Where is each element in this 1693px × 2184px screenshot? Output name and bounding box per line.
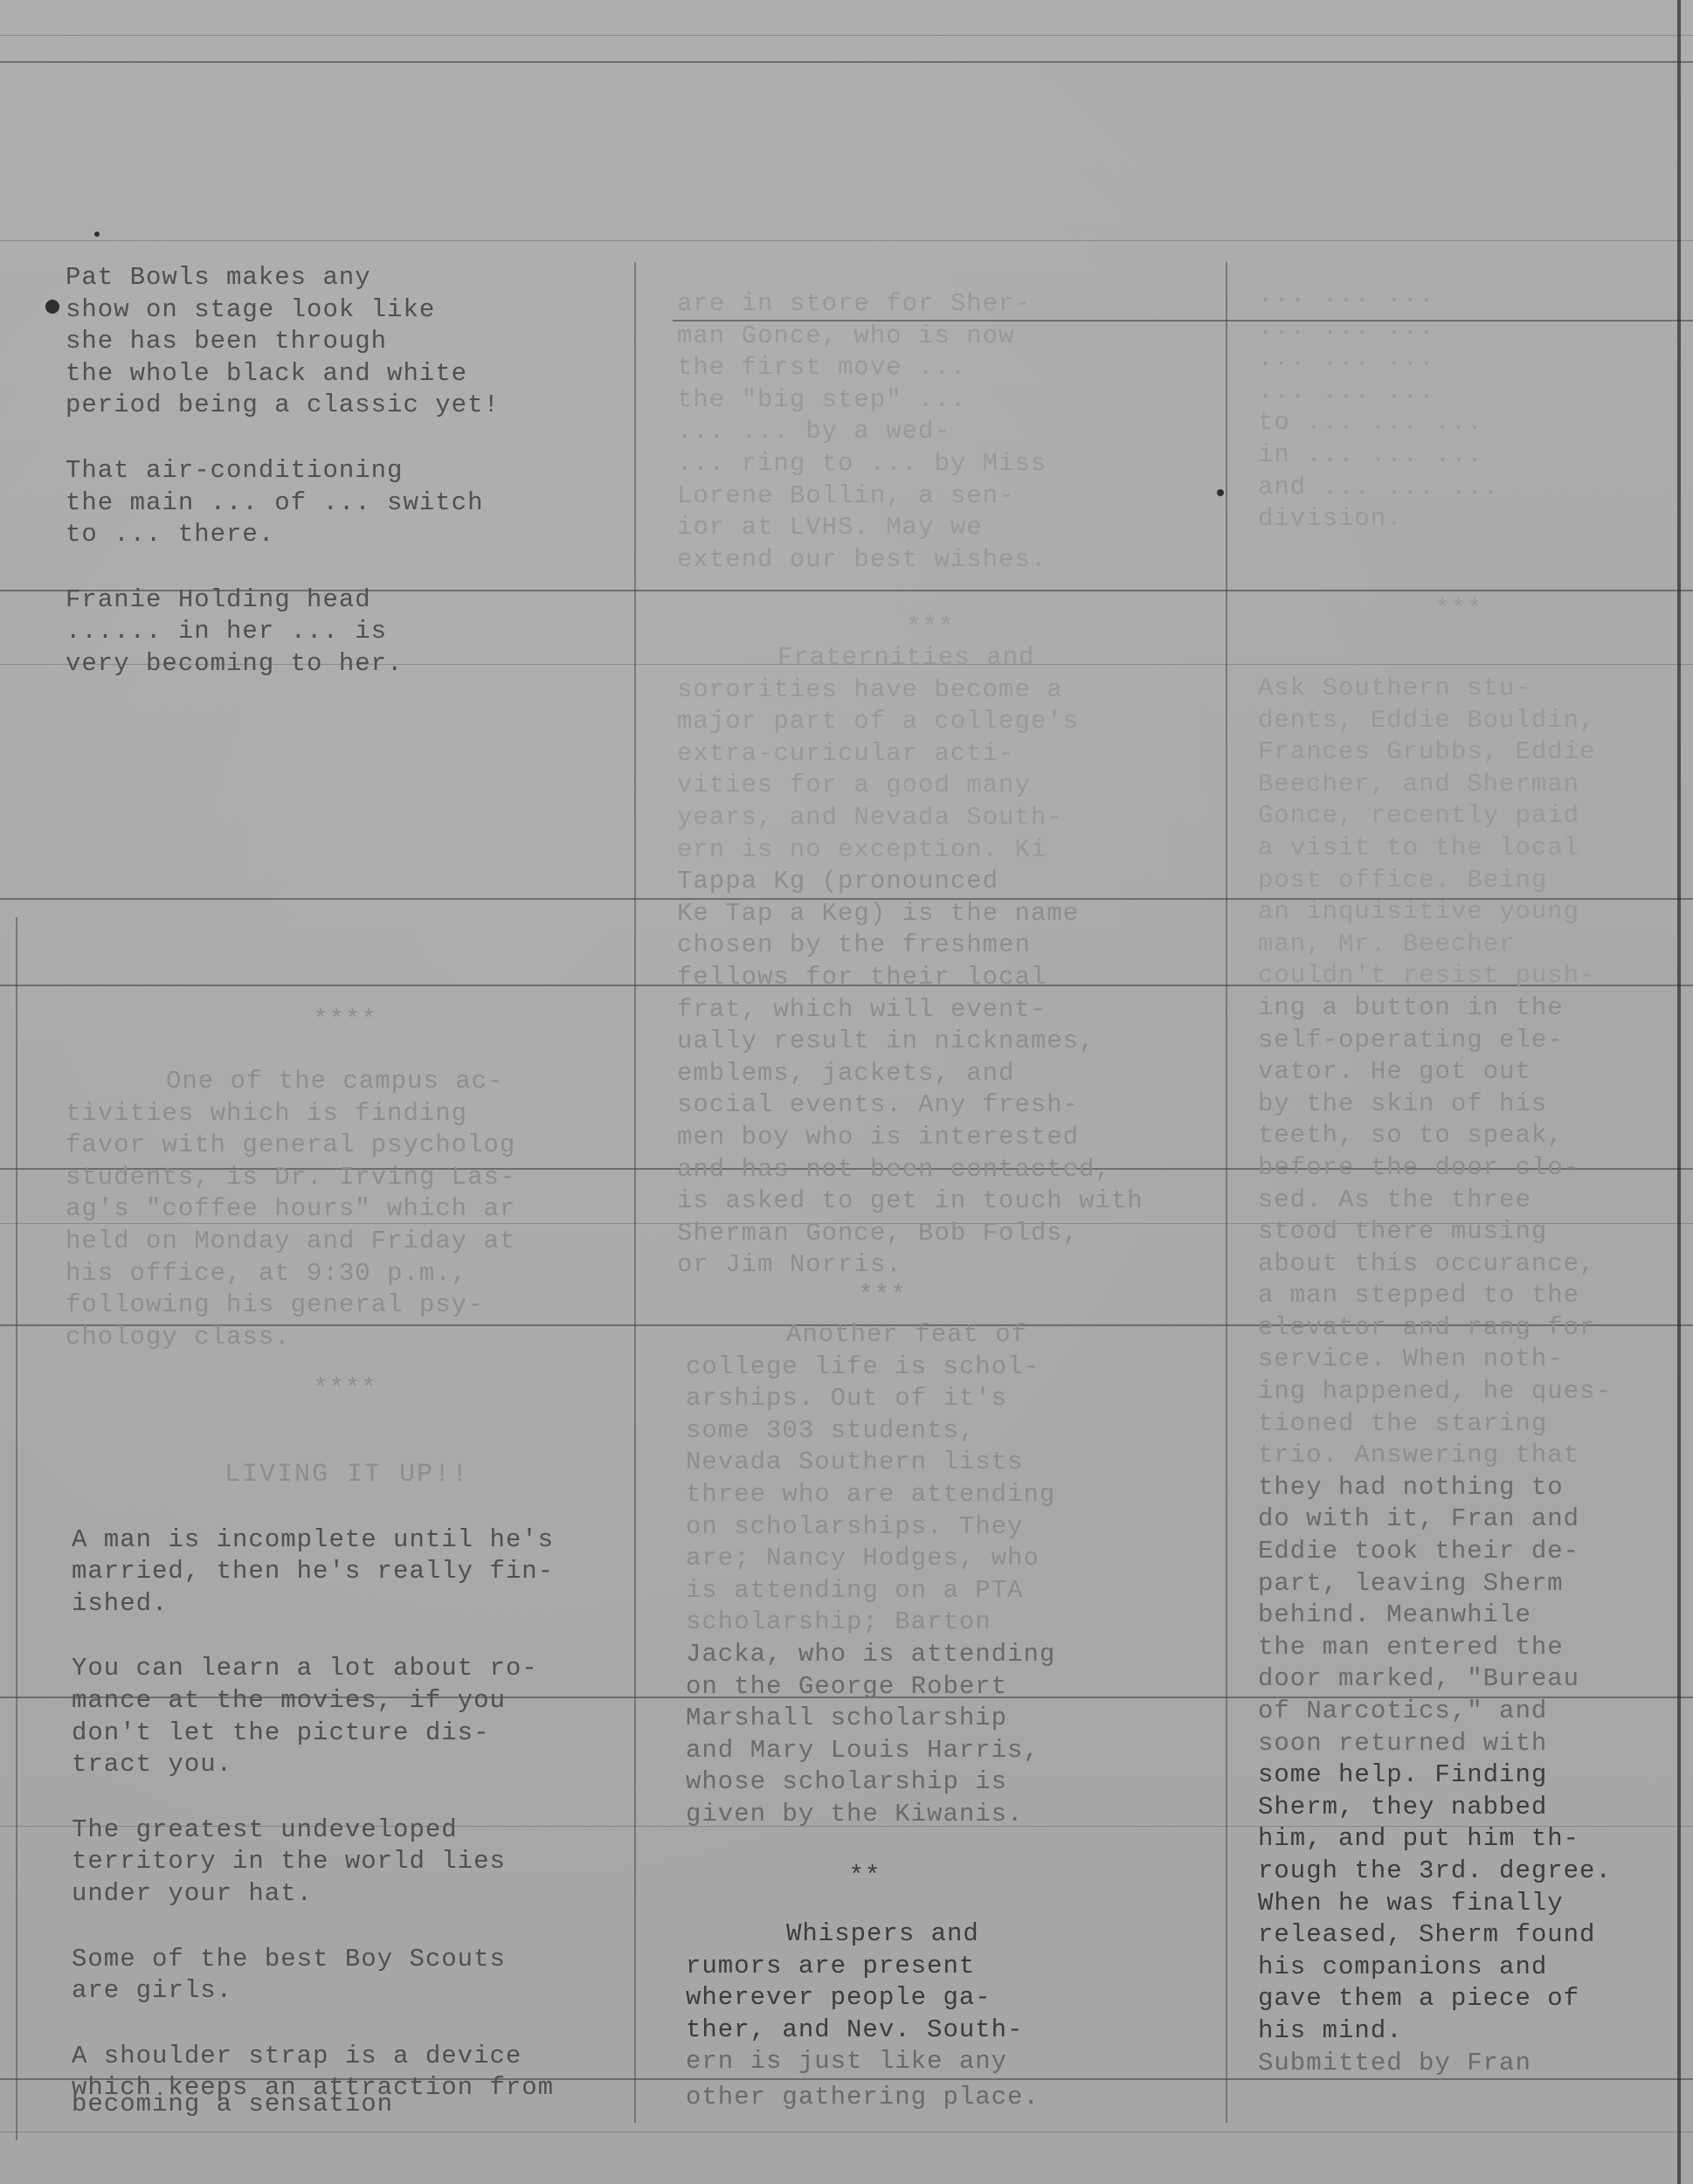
text-line: ... ... by a wed- (677, 416, 1219, 448)
text-line: college life is schol- (686, 1351, 1227, 1384)
text-line: elevator and rang for (1258, 1312, 1686, 1344)
text-line: emblems, jackets, and (677, 1058, 1236, 1090)
whispers-article: Whispers and rumors are present wherever… (686, 1918, 1227, 2114)
text-line: they had nothing to (1258, 1472, 1686, 1504)
text-line: an inquisitive young (1258, 896, 1686, 929)
text-line: under your hat. (72, 1878, 666, 1911)
coffee-hours-article: One of the campus ac- tivities which is … (66, 1066, 642, 1353)
text-line: his companions and (1258, 1952, 1686, 1984)
right-faint-article: ... ... ... ... ... ... ... ... ... ... … (1258, 280, 1677, 536)
text-line: You can learn a lot about ro- (72, 1653, 666, 1685)
text-line: ther, and Nev. South- (686, 2015, 1227, 2047)
text-line: on the George Robert (686, 1671, 1227, 1704)
text-line: Gonce, recently paid (1258, 800, 1686, 833)
text-line: When he was finally (1258, 1888, 1686, 1920)
text-line: she has been through (66, 326, 625, 358)
text-line: and has not been contacted, (677, 1154, 1236, 1186)
text-line: ern is just like any (686, 2046, 1227, 2078)
text-line: the whole black and white (66, 358, 625, 390)
text-line: behind. Meanwhile (1258, 1600, 1686, 1632)
text-line: sed. As the three (1258, 1185, 1686, 1217)
joke-2: You can learn a lot about ro- mance at t… (72, 1653, 666, 1780)
text-line: the first move ... (677, 352, 1219, 384)
text-line: to ... there. (66, 519, 625, 551)
text-line: held on Monday and Friday at (66, 1226, 642, 1258)
text-line: vities for a good many (677, 770, 1236, 802)
text-line: his office, at 9:30 p.m., (66, 1258, 642, 1290)
text-line: Lorene Bollin, a sen- (677, 480, 1219, 513)
text-line: social events. Any fresh- (677, 1089, 1236, 1122)
text-line: sororities have become a (677, 674, 1236, 707)
text-line: ...... in her ... is (66, 616, 625, 648)
text-line: tract you. (72, 1749, 666, 1781)
left-column: Pat Bowls makes any show on stage look l… (66, 262, 625, 681)
text-line: part, leaving Sherm (1258, 1568, 1686, 1600)
separator: *** (677, 612, 1184, 644)
text-line: show on stage look like (66, 294, 625, 327)
scan-line (0, 240, 1693, 241)
text-line: becoming a sensation (72, 2089, 666, 2121)
scan-line (0, 2132, 1693, 2132)
separator: **** (66, 1373, 625, 1406)
text-line: trio. Answering that (1258, 1440, 1686, 1472)
text-line: Marshall scholarship (686, 1703, 1227, 1735)
text-line: do with it, Fran and (1258, 1503, 1686, 1536)
text-line: some 303 students, (686, 1415, 1227, 1448)
text-line: some help. Finding (1258, 1759, 1686, 1792)
text-line: That air-conditioning (66, 455, 625, 487)
scan-line (0, 35, 1693, 36)
author-signature: Submitted by Fran (1258, 2048, 1686, 2080)
section-heading: LIVING IT UP!! (72, 1459, 666, 1491)
text-line: three who are attending (686, 1479, 1227, 1511)
text-line: The greatest undeveloped (72, 1814, 666, 1847)
separator: ** (677, 1861, 1184, 1893)
text-line: following his general psy- (66, 1289, 642, 1322)
text-line: rumors are present (686, 1951, 1227, 1983)
text-line: released, Sherm found (1258, 1919, 1686, 1952)
text-line: Sherman Gonce, Bob Folds, (677, 1218, 1236, 1250)
text-line: extend our best wishes. (677, 544, 1219, 577)
text-line: ing a button in the (1258, 992, 1686, 1025)
text-line: territory in the world lies (72, 1846, 666, 1878)
text-line: vator. He got out (1258, 1056, 1686, 1089)
text-line: years, and Nevada South- (677, 802, 1236, 834)
text-line: Jacka, who is attending (686, 1639, 1227, 1671)
middle-separator-3: ** (677, 1861, 1184, 1893)
text-line: about this occurance, (1258, 1248, 1686, 1281)
text-line: Tappa Kg (pronounced (677, 866, 1236, 898)
living-it-up-section: LIVING IT UP!! A man is incomplete until… (72, 1459, 666, 2121)
text-line: Nevada Southern lists (686, 1447, 1227, 1479)
text-line: man, Mr. Beecher (1258, 929, 1686, 961)
text-line: of Narcotics," and (1258, 1696, 1686, 1728)
text-line: dents, Eddie Bouldin, (1258, 705, 1686, 737)
text-line: is asked to get in touch with (677, 1185, 1236, 1218)
text-line: chology class. (66, 1322, 642, 1354)
text-line: Pat Bowls makes any (66, 262, 625, 294)
text-line: Some of the best Boy Scouts (72, 1944, 666, 1976)
middle-separator-2: *** (677, 1280, 1184, 1312)
text-line: extra-curicular acti- (677, 738, 1236, 771)
text-line: couldn't resist push- (1258, 960, 1686, 992)
text-line: Frances Grubbs, Eddie (1258, 736, 1686, 769)
left-faint-para-1: Pat Bowls makes any show on stage look l… (66, 262, 625, 422)
text-line: before the door clo- (1258, 1152, 1686, 1185)
text-line: are girls. (72, 1975, 666, 2008)
text-line: and ... ... ... (1258, 472, 1677, 504)
text-line: gave them a piece of (1258, 1983, 1686, 2015)
left-faint-para-3: Franie Holding head ...... in her ... is… (66, 584, 625, 681)
text-line: by the skin of his (1258, 1089, 1686, 1121)
ink-speck (45, 300, 59, 314)
text-line: favor with general psycholog (66, 1130, 642, 1162)
text-line: his mind. (1258, 2015, 1686, 2048)
separator: **** (66, 1005, 625, 1037)
text-line: Ke Tap a Keg) is the name (677, 898, 1236, 930)
text-line: scholarship; Barton (686, 1607, 1227, 1639)
text-line: on scholarships. They (686, 1511, 1227, 1544)
text-line: Sherm, they nabbed (1258, 1792, 1686, 1824)
left-separator-2: **** (66, 1373, 625, 1406)
text-line: ior at LVHS. May we (677, 512, 1219, 544)
text-line: ... ... ... (1258, 343, 1677, 376)
text-line: the "big step" ... (677, 384, 1219, 417)
text-line: wherever people ga- (686, 1982, 1227, 2015)
text-line: fellows for their local (677, 962, 1236, 994)
text-line: stood there musing (1258, 1216, 1686, 1248)
scanned-page: Pat Bowls makes any show on stage look l… (0, 0, 1693, 2184)
text-line: the man entered the (1258, 1632, 1686, 1664)
right-separator-1: *** (1258, 594, 1660, 626)
text-line: teeth, so to speak, (1258, 1120, 1686, 1152)
text-line: Fraternities and (677, 642, 1236, 674)
middle-separator-1: *** (677, 612, 1184, 644)
text-line: very becoming to her. (66, 648, 625, 681)
text-line: ually result in nicknames, (677, 1026, 1236, 1058)
text-line: ag's "coffee hours" which ar (66, 1193, 642, 1226)
text-line: men boy who is interested (677, 1122, 1236, 1154)
middle-faint-article: are in store for Sher- man Gonce, who is… (677, 288, 1219, 576)
text-line: post office. Being (1258, 865, 1686, 897)
ink-speck (94, 232, 100, 237)
joke-3: The greatest undeveloped territory in th… (72, 1814, 666, 1911)
text-line: self-operating ele- (1258, 1025, 1686, 1057)
text-line: arships. Out of it's (686, 1383, 1227, 1415)
separator: *** (1258, 594, 1660, 626)
scan-line (0, 61, 1693, 63)
scholarships-article: Another feat of college life is schol- a… (686, 1319, 1227, 1831)
text-line: ... ... ... (1258, 376, 1677, 408)
text-line: a visit to the local (1258, 833, 1686, 865)
fraternities-article: Fraternities and sororities have become … (677, 642, 1236, 1282)
text-line: Ask Southern stu- (1258, 673, 1686, 705)
text-line: A shoulder strap is a device (72, 2041, 666, 2073)
text-line: division. (1258, 503, 1677, 536)
text-line: man Gonce, who is now (677, 321, 1219, 353)
text-line: mance at the movies, if you (72, 1685, 666, 1717)
text-line: door marked, "Bureau (1258, 1663, 1686, 1696)
joke-4: Some of the best Boy Scouts are girls. (72, 1944, 666, 2008)
text-line: rough the 3rd. degree. (1258, 1856, 1686, 1888)
text-line: is attending on a PTA (686, 1575, 1227, 1607)
text-line: the main ... of ... switch (66, 487, 625, 520)
left-separator-1: **** (66, 1005, 625, 1037)
text-line: service. When noth- (1258, 1344, 1686, 1376)
text-line: A man is incomplete until he's (72, 1524, 666, 1557)
text-line: in ... ... ... (1258, 439, 1677, 472)
text-line: ing happened, he ques- (1258, 1376, 1686, 1408)
text-line: students, is Dr. Irving Las- (66, 1162, 642, 1194)
post-office-article: Ask Southern stu- dents, Eddie Bouldin, … (1258, 673, 1686, 2079)
text-line: a man stepped to the (1258, 1280, 1686, 1312)
joke-5: A shoulder strap is a device which keeps… (72, 2041, 666, 2121)
text-line: chosen by the freshmen (677, 930, 1236, 962)
text-line: married, then he's really fin- (72, 1556, 666, 1588)
text-line: are; Nancy Hodges, who (686, 1543, 1227, 1575)
text-line: period being a classic yet! (66, 390, 625, 422)
text-line: ern is no exception. Ki (677, 834, 1236, 867)
text-line: ished. (72, 1588, 666, 1621)
text-line: tioned the staring (1258, 1408, 1686, 1441)
text-line: Franie Holding head (66, 584, 625, 617)
text-line: Beecher, and Sherman (1258, 769, 1686, 801)
page-edge (16, 917, 17, 2140)
text-line: to ... ... ... (1258, 407, 1677, 439)
text-line: given by the Kiwanis. (686, 1799, 1227, 1831)
text-line: other gathering place. (686, 2082, 1227, 2114)
text-line: frat, which will event- (677, 994, 1236, 1026)
text-line: soon returned with (1258, 1728, 1686, 1760)
text-line: major part of a college's (677, 706, 1236, 738)
text-line: Another feat of (686, 1319, 1227, 1351)
text-line: tivities which is finding (66, 1098, 642, 1130)
text-line: ... ... ... (1258, 280, 1677, 312)
joke-1: A man is incomplete until he's married, … (72, 1524, 666, 1621)
text-line: and Mary Louis Harris, (686, 1735, 1227, 1767)
text-line: don't let the picture dis- (72, 1717, 666, 1750)
text-line: ... ... ... (1258, 312, 1677, 344)
text-line: Eddie took their de- (1258, 1536, 1686, 1568)
text-line: him, and put him th- (1258, 1823, 1686, 1856)
separator: *** (677, 1280, 1184, 1312)
left-faint-para-2: That air-conditioning the main ... of ..… (66, 455, 625, 551)
text-line: whose scholarship is (686, 1766, 1227, 1799)
text-line: One of the campus ac- (66, 1066, 642, 1098)
text-line: Whispers and (686, 1918, 1227, 1951)
text-line: ... ring to ... by Miss (677, 448, 1219, 480)
text-line: are in store for Sher- (677, 288, 1219, 321)
text-line: or Jim Norris. (677, 1249, 1236, 1282)
